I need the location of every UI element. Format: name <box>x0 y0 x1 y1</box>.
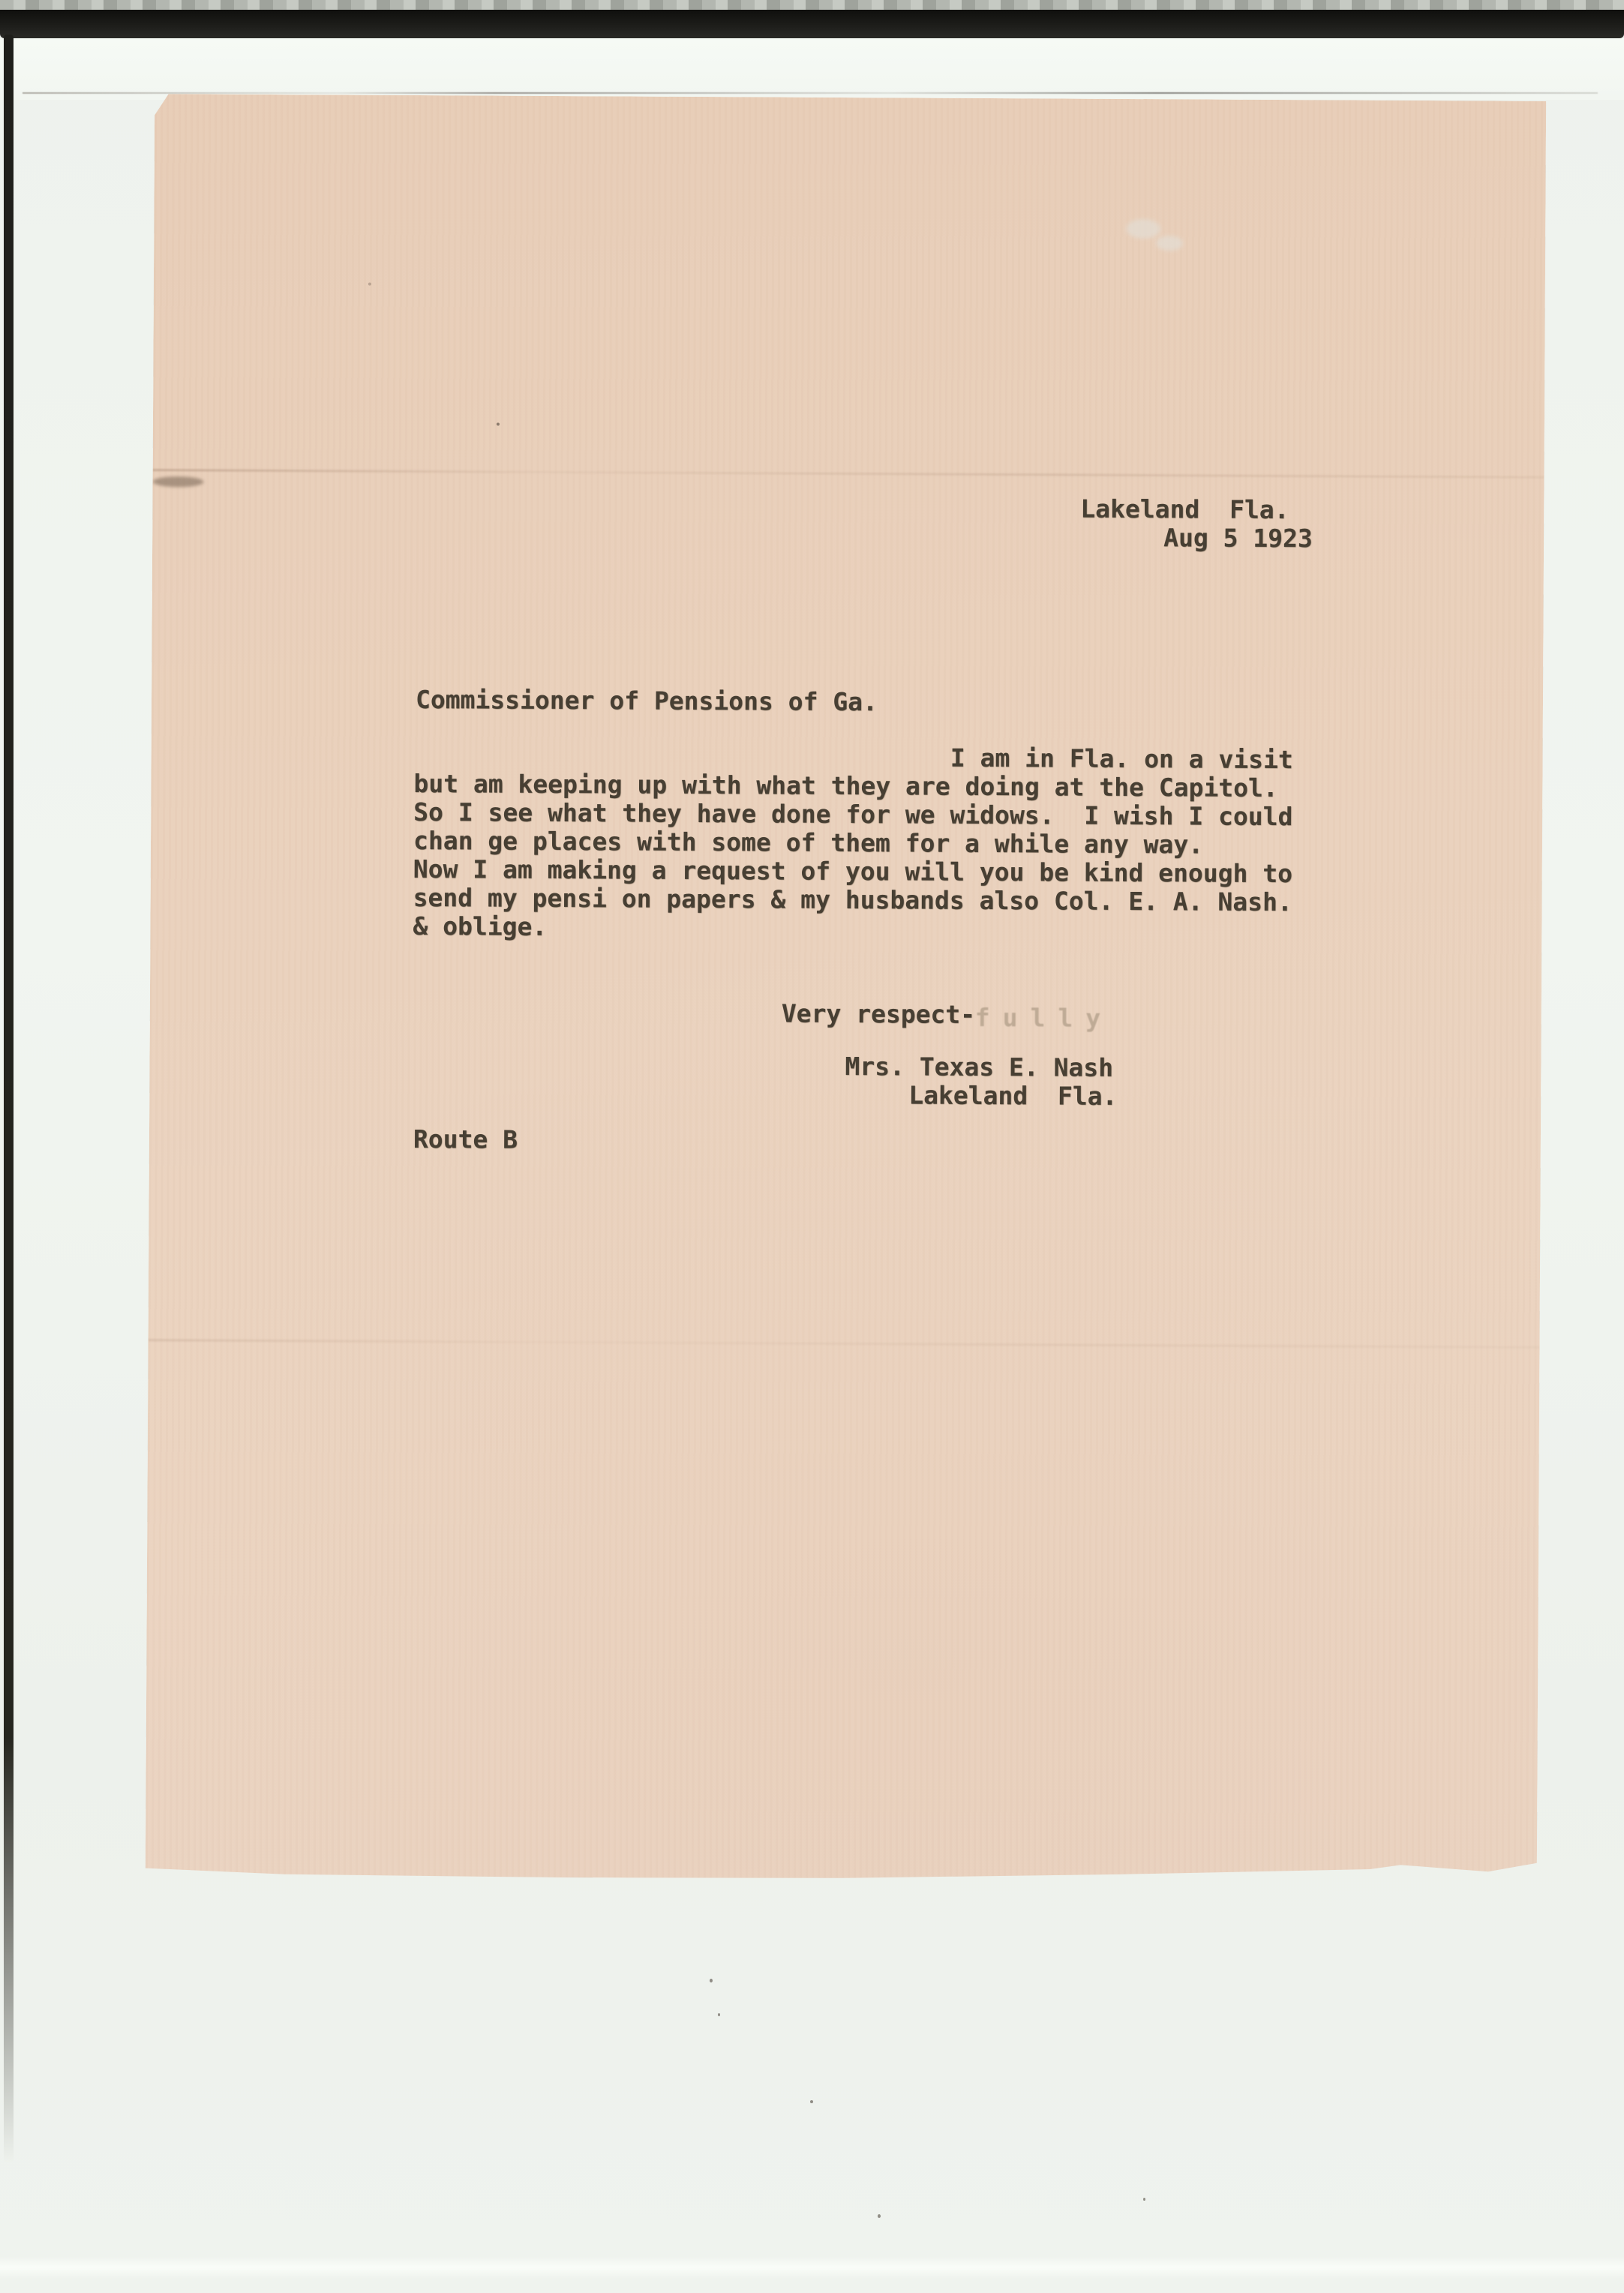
letter-paper: Lakeland Fla. Aug 5 1923 Commissioner of… <box>146 94 1546 1883</box>
salutation: Commissioner of Pensions of Ga. <box>416 686 878 716</box>
dust-speck <box>810 2100 813 2103</box>
heading-place: Lakeland Fla. <box>1080 495 1289 524</box>
scanner-top-fuzz-edge <box>0 0 1624 11</box>
dust-speck <box>718 2013 720 2016</box>
dust-speck <box>710 1979 713 1982</box>
ink-speck <box>497 423 500 426</box>
paper-top-edge-scratch <box>23 92 1598 94</box>
fold-crease-upper <box>153 469 1544 479</box>
closing-faded-word: fully <box>975 1003 1114 1033</box>
signature-place: Lakeland Fla. <box>908 1081 1117 1110</box>
closing-typed: Very respect- <box>782 1000 975 1029</box>
crease-edge-smudge <box>152 476 203 487</box>
scanner-left-dark-edge <box>4 35 14 2163</box>
heading-date: Aug 5 1923 <box>1163 524 1313 553</box>
scanner-top-dark-band <box>0 10 1624 38</box>
scanned-letter-page: Lakeland Fla. Aug 5 1923 Commissioner of… <box>0 0 1624 2293</box>
backing-bright-strip <box>0 38 1624 100</box>
dust-speck <box>878 2214 881 2218</box>
letter-body: I am in Fla. on a visit but am keeping u… <box>413 741 1293 945</box>
faded-pencil-smudge <box>1156 236 1183 251</box>
dust-speck <box>1143 2198 1145 2201</box>
signature-name: Mrs. Texas E. Nash <box>845 1052 1113 1082</box>
ink-speck <box>368 283 371 286</box>
fold-crease-lower <box>149 1339 1540 1349</box>
body-line: & oblige. <box>413 912 1292 945</box>
faded-pencil-smudge <box>1126 219 1160 239</box>
route-note: Route B <box>413 1125 518 1154</box>
backing-bottom-streak <box>0 2256 1624 2279</box>
